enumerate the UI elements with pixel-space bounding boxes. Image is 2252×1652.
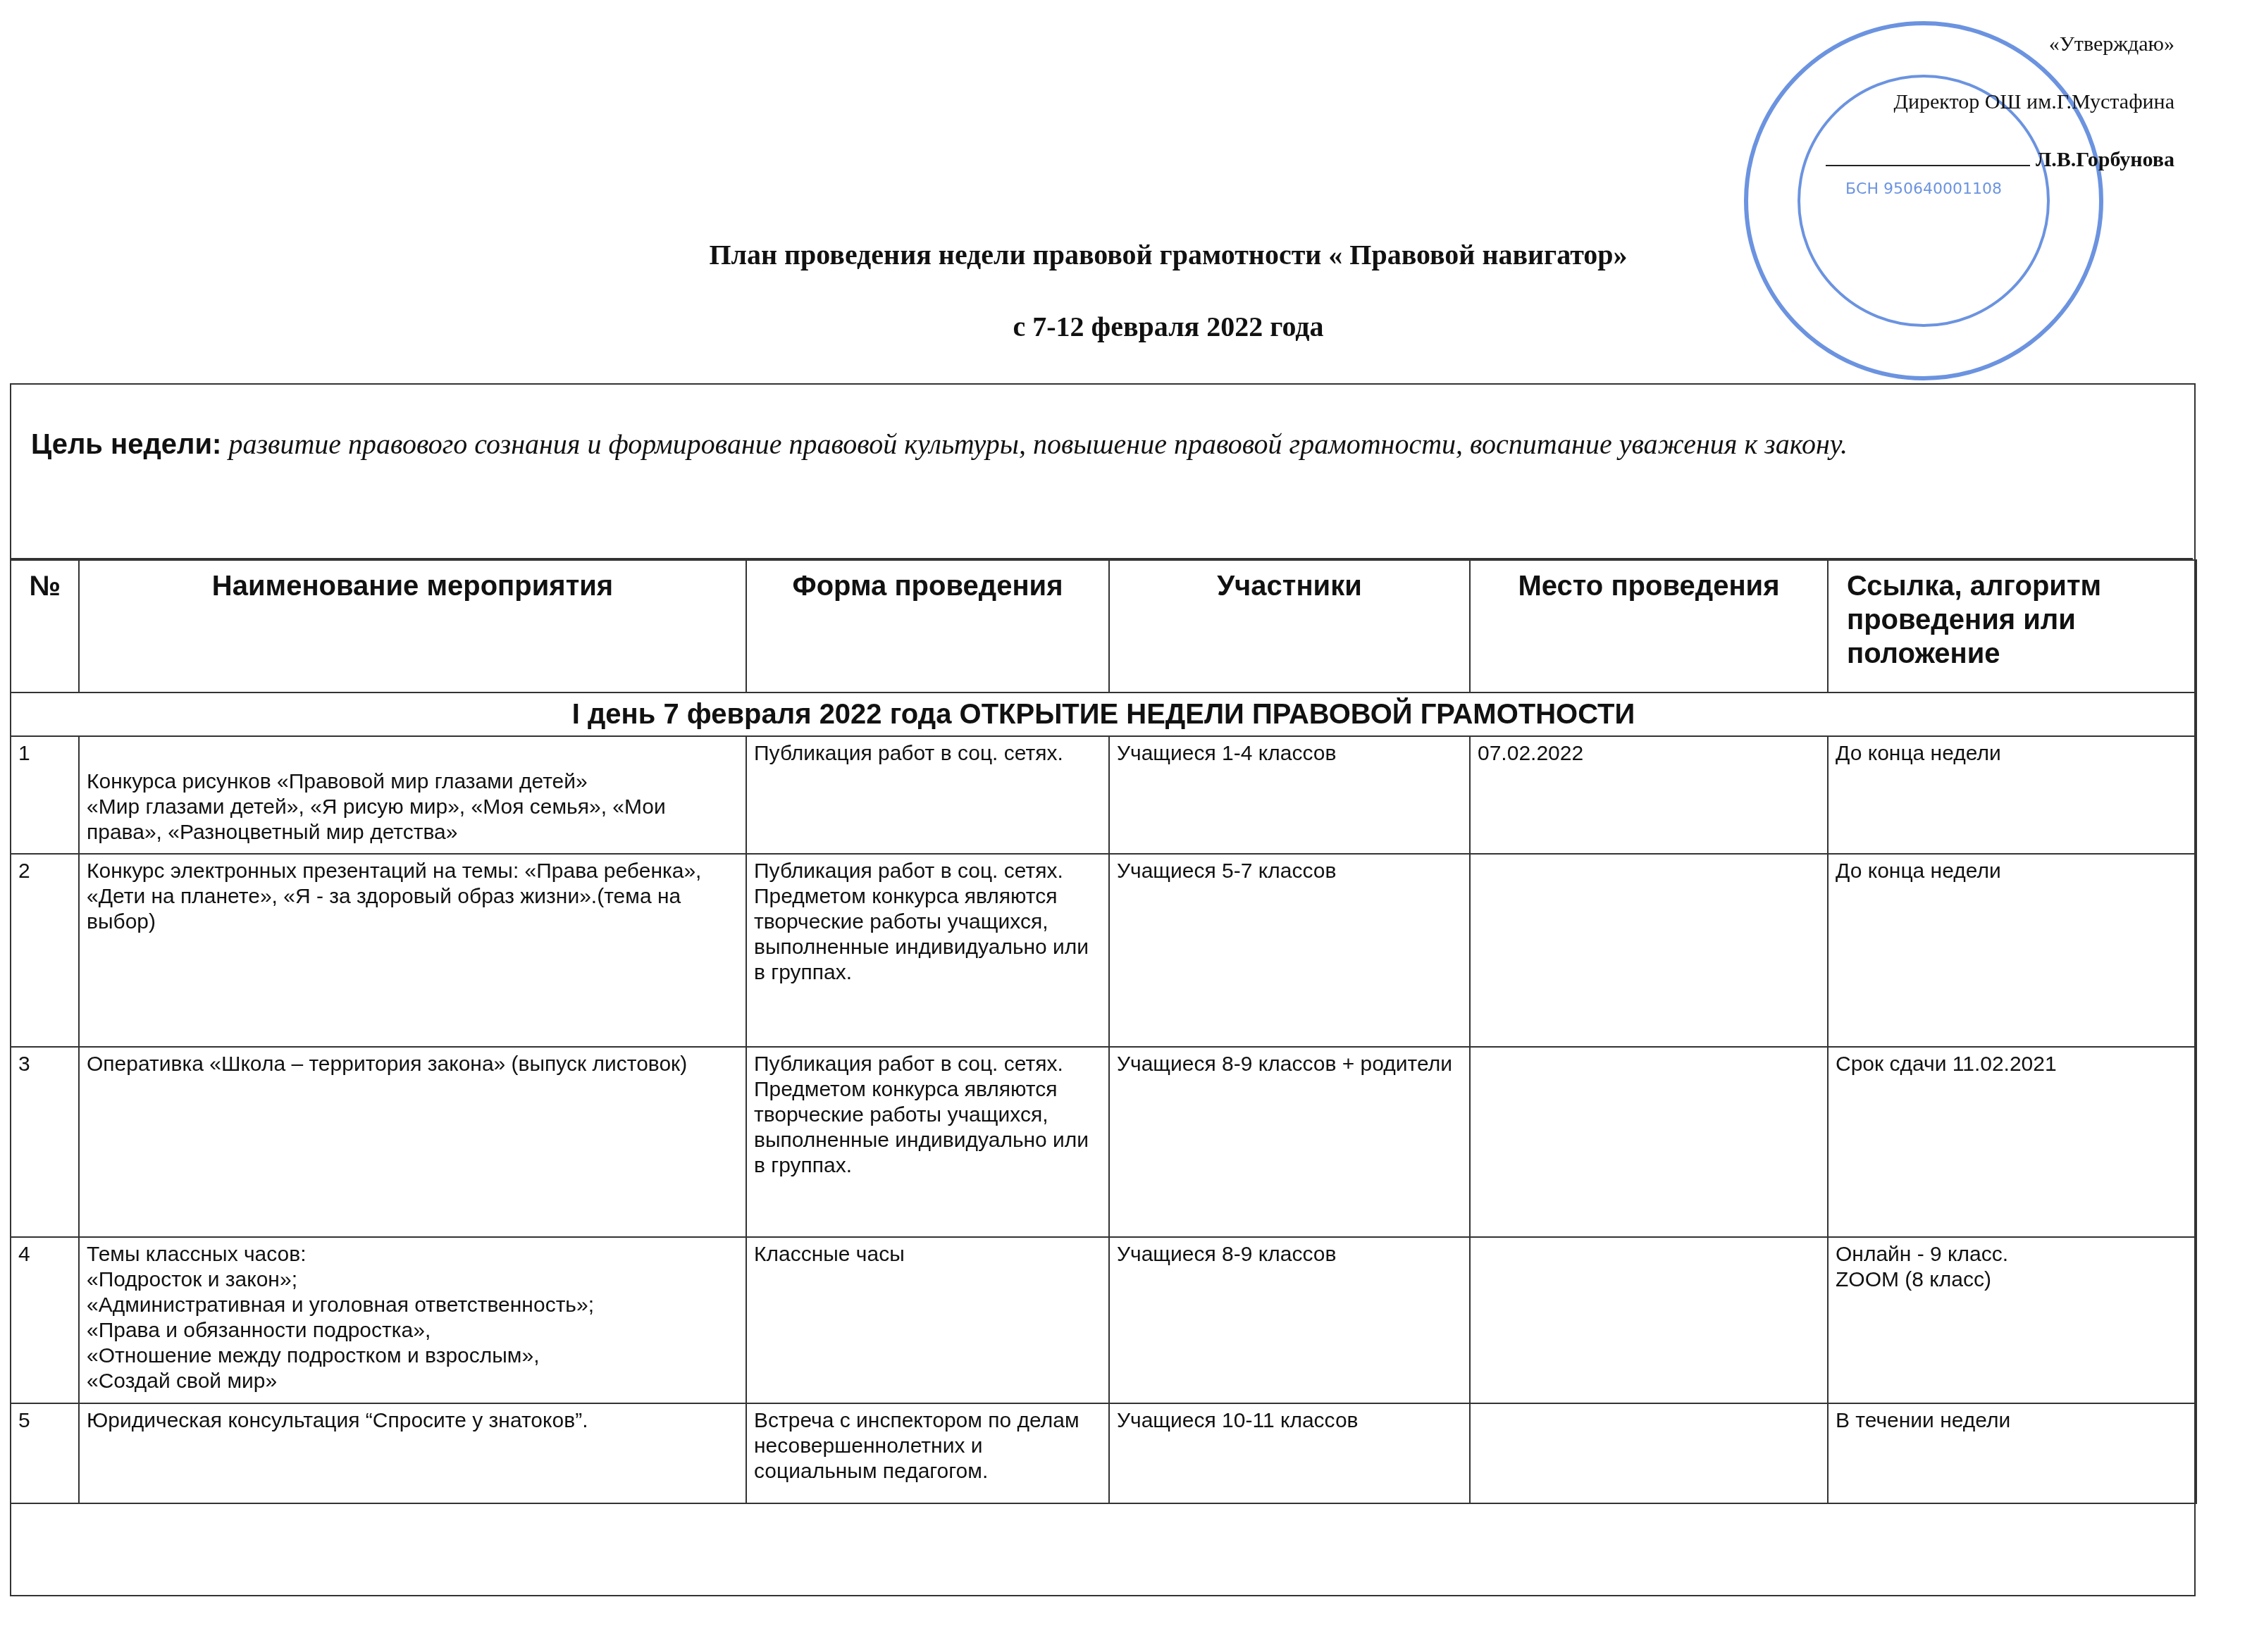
row-place xyxy=(1470,1047,1828,1237)
table-row: 1 Конкурса рисунков «Правовой мир глазам… xyxy=(11,736,2196,854)
row-place xyxy=(1470,854,1828,1047)
row-number: 4 xyxy=(11,1237,79,1403)
table-row: 4 Темы классных часов: «Подросток и зако… xyxy=(11,1237,2196,1403)
approver-name: Л.В.Горбунова xyxy=(2036,148,2174,171)
goal-text: развитие правового сознания и формирован… xyxy=(221,428,1848,460)
table-header-row: № Наименование мероприятия Форма проведе… xyxy=(11,560,2196,693)
header-link: Ссылка, алгоритм проведения или положени… xyxy=(1828,560,2196,693)
plan-table: № Наименование мероприятия Форма проведе… xyxy=(10,559,2197,1504)
document-title: План проведения недели правовой грамотно… xyxy=(85,238,2252,271)
row-participants: Учащиеся 8-9 классов xyxy=(1109,1237,1470,1403)
row-link: До конца недели xyxy=(1828,854,2196,1047)
row-participants: Учащиеся 8-9 классов + родители xyxy=(1109,1047,1470,1237)
day-header-row: I день 7 февраля 2022 года ОТКРЫТИЕ НЕДЕ… xyxy=(11,693,2196,736)
row-form: Публикация работ в соц. сетях. Предметом… xyxy=(746,1047,1109,1237)
row-link: Срок сдачи 11.02.2021 xyxy=(1828,1047,2196,1237)
row-link: Онлайн - 9 класс. ZOOM (8 класс) xyxy=(1828,1237,2196,1403)
row-form: Встреча с инспектором по делам несоверше… xyxy=(746,1403,1109,1503)
header-participants: Участники xyxy=(1109,560,1470,693)
table-row: 3 Оперативка «Школа – территория закона»… xyxy=(11,1047,2196,1237)
row-number: 3 xyxy=(11,1047,79,1237)
row-event-name: Конкурса рисунков «Правовой мир глазами … xyxy=(79,736,746,854)
day-header: I день 7 февраля 2022 года ОТКРЫТИЕ НЕДЕ… xyxy=(11,693,2196,736)
row-form: Публикация работ в соц. сетях. Предметом… xyxy=(746,854,1109,1047)
signature-line xyxy=(1826,165,2030,166)
document-dates: с 7-12 февраля 2022 года xyxy=(85,310,2252,343)
row-event-name: Юридическая консультация “Спросите у зна… xyxy=(79,1403,746,1503)
row-link: До конца недели xyxy=(1828,736,2196,854)
row-place xyxy=(1470,1237,1828,1403)
week-goal: Цель недели: развитие правового сознания… xyxy=(10,383,2193,559)
approval-signature-row: Л.В.Горбунова xyxy=(1826,149,2174,170)
table-row: 5 Юридическая консультация “Спросите у з… xyxy=(11,1403,2196,1503)
header-number: № xyxy=(11,560,79,693)
goal-label: Цель недели: xyxy=(31,429,221,460)
approval-heading: «Утверждаю» xyxy=(1826,34,2174,55)
row-place xyxy=(1470,1403,1828,1503)
row-form: Классные часы xyxy=(746,1237,1109,1403)
header-event-name: Наименование мероприятия xyxy=(79,560,746,693)
row-event-name: Темы классных часов: «Подросток и закон»… xyxy=(79,1237,746,1403)
header-place: Место проведения xyxy=(1470,560,1828,693)
row-place: 07.02.2022 xyxy=(1470,736,1828,854)
row-participants: Учащиеся 5-7 классов xyxy=(1109,854,1470,1047)
approval-position: Директор ОШ им.Г.Мустафина xyxy=(1826,92,2174,113)
table-row: 2 Конкурс электронных презентаций на тем… xyxy=(11,854,2196,1047)
header-form: Форма проведения xyxy=(746,560,1109,693)
row-participants: Учащиеся 1-4 классов xyxy=(1109,736,1470,854)
row-form: Публикация работ в соц. сетях. xyxy=(746,736,1109,854)
row-number: 5 xyxy=(11,1403,79,1503)
row-number: 1 xyxy=(11,736,79,854)
row-number: 2 xyxy=(11,854,79,1047)
row-participants: Учащиеся 10-11 классов xyxy=(1109,1403,1470,1503)
row-link: В течении недели xyxy=(1828,1403,2196,1503)
approval-block: «Утверждаю» Директор ОШ им.Г.Мустафина Л… xyxy=(1826,34,2174,207)
row-event-name: Конкурс электронных презентаций на темы:… xyxy=(79,854,746,1047)
row-event-name: Оперативка «Школа – территория закона» (… xyxy=(79,1047,746,1237)
